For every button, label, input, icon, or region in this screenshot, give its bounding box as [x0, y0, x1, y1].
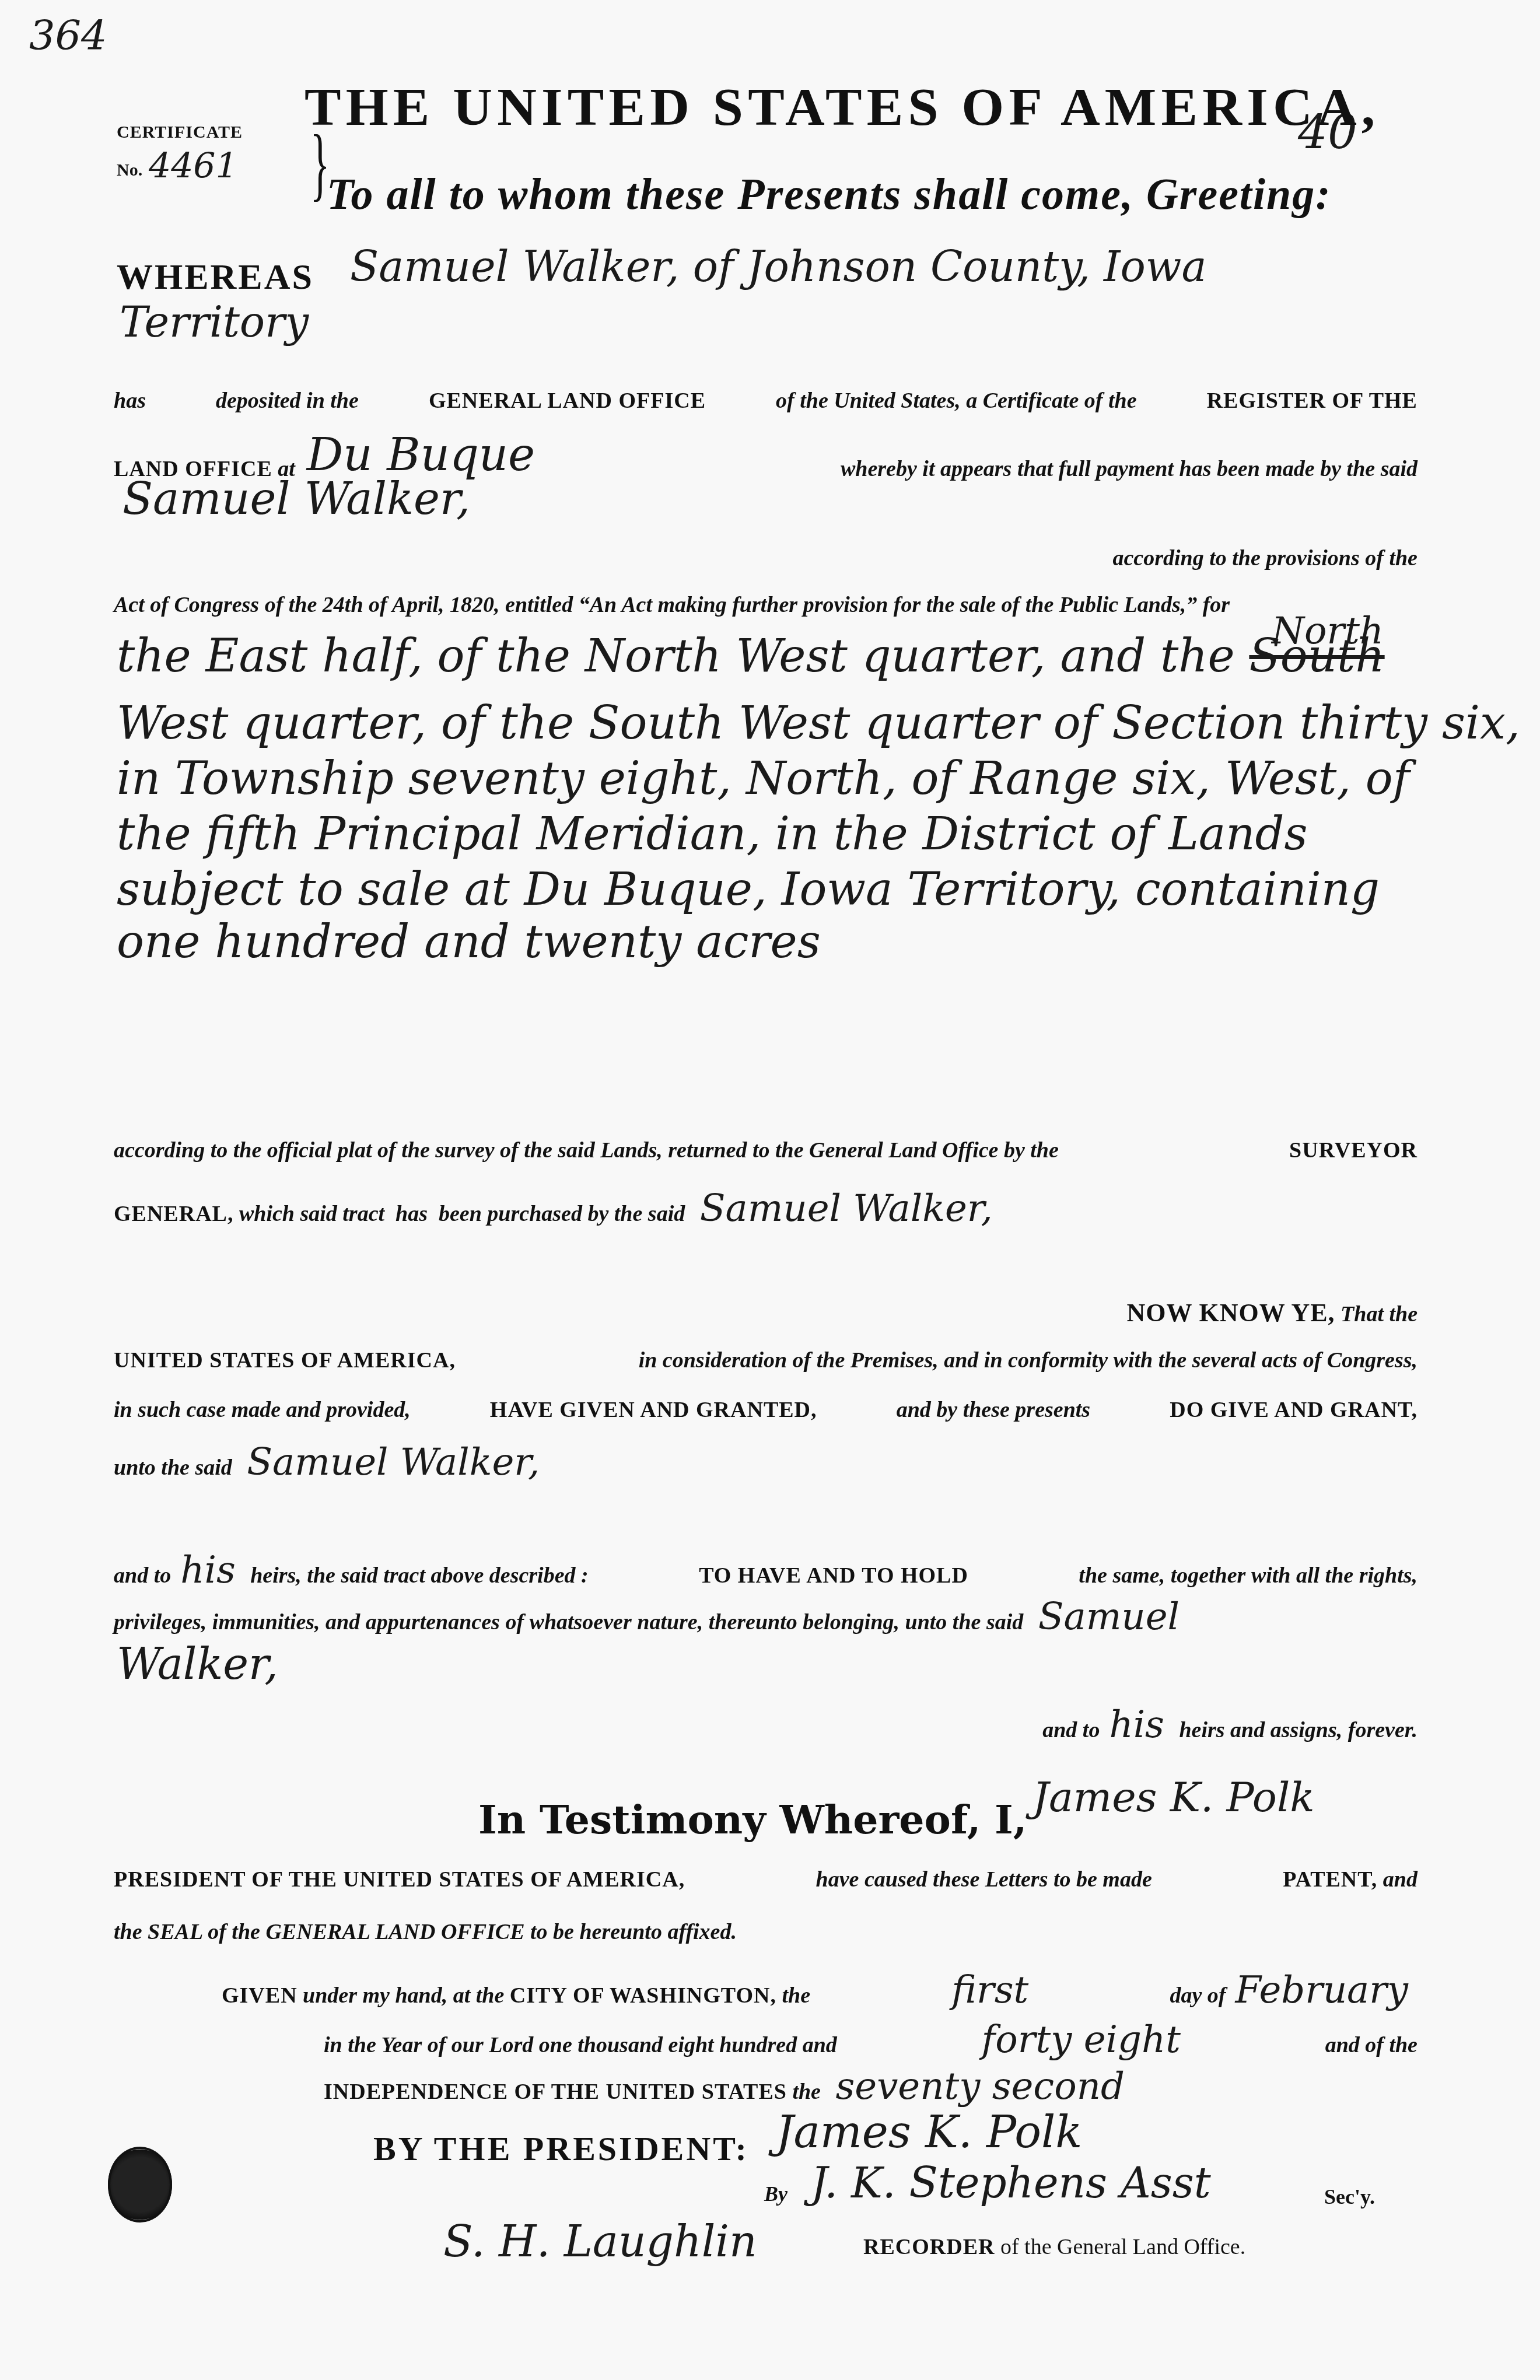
- year-value: forty eight: [982, 2018, 1181, 2061]
- page-number: 364: [29, 12, 107, 60]
- grantee-name-continued: Walker,: [117, 1639, 278, 1689]
- privileges-text: privileges, immunities, and appurtenance…: [114, 1610, 1023, 1634]
- has-text: has: [395, 1202, 428, 1226]
- certificate-label: CERTIFICATE: [117, 123, 243, 142]
- act-citation: Act of Congress of the 24th of April, 18…: [114, 592, 1417, 618]
- independence-text: INDEPENDENCE OF THE UNITED STATES: [324, 2080, 787, 2104]
- pronoun: his: [180, 1549, 236, 1592]
- payment-text: whereby it appears that full payment has…: [841, 456, 1417, 482]
- caused-text: have caused these Letters to be made: [816, 1867, 1152, 1892]
- land-description-line: one hundred and twenty acres: [117, 916, 821, 968]
- seal-icon: [108, 2147, 172, 2222]
- recorder-text: of the General Land Office.: [1000, 2235, 1245, 2259]
- land-description-line: the fifth Principal Meridian, in the Dis…: [117, 808, 1308, 860]
- now-know-line: NOW KNOW YE, That the: [1126, 1298, 1417, 1328]
- grantee-residence: Territory: [120, 297, 309, 346]
- greeting: To all to whom these Presents shall come…: [327, 169, 1332, 220]
- survey-line: according to the official plat of the su…: [114, 1137, 1417, 1163]
- assigns-text: heirs and assigns, forever.: [1179, 1718, 1417, 1742]
- seal-line: the SEAL of the GENERAL LAND OFFICE to b…: [114, 1919, 1417, 1945]
- deposit-line: has deposited in the GENERAL LAND OFFICE…: [114, 388, 1417, 414]
- and-of-the-text: and of the: [1325, 2032, 1417, 2058]
- according-text: according to the provisions of the: [1112, 545, 1417, 571]
- secretary-signature: J. K. Stephens Asst: [811, 2158, 1211, 2207]
- land-description-line: in Township seventy eight, North, of Ran…: [117, 752, 1410, 805]
- secretary-label: Sec'y.: [1324, 2185, 1375, 2209]
- unto-text: unto the said: [114, 1455, 232, 1480]
- now-know-text: NOW KNOW YE,: [1126, 1298, 1335, 1327]
- surveyor-text: SURVEYOR: [1289, 1137, 1417, 1163]
- glo-text: GENERAL LAND OFFICE: [429, 388, 706, 414]
- whereas-label: WHEREAS: [117, 257, 314, 298]
- recorder-signature: S. H. Laughlin: [443, 2217, 757, 2267]
- by-label: By: [764, 2182, 787, 2206]
- that-the-text: That the: [1340, 1302, 1417, 1326]
- testimony-heading: In Testimony Whereof, I,: [478, 1797, 1027, 1843]
- grantee-name: Samuel Walker, of Johnson County, Iowa: [350, 242, 1206, 291]
- year-text: in the Year of our Lord one thousand eig…: [324, 2032, 837, 2058]
- consideration-text: in consideration of the Premises, and in…: [639, 1347, 1417, 1373]
- president-title: PRESIDENT OF THE UNITED STATES OF AMERIC…: [114, 1867, 685, 1892]
- independence-line: INDEPENDENCE OF THE UNITED STATES the se…: [324, 2065, 1134, 2108]
- heirs-text: heirs, the said tract above described :: [250, 1563, 588, 1588]
- purchased-text: been purchased by the said: [439, 1202, 685, 1226]
- certificate-number-label: No.: [117, 160, 142, 180]
- land-description-line: West quarter, of the South West quarter …: [117, 697, 1520, 750]
- certificate-number: 4461: [149, 146, 238, 187]
- deposited-text: deposited in the: [216, 388, 359, 414]
- the-text: the: [792, 2080, 821, 2104]
- do-give-text: DO GIVE AND GRANT,: [1170, 1397, 1417, 1423]
- recorder-label: RECORDER: [863, 2235, 995, 2259]
- to-have-text: TO HAVE AND TO HOLD: [699, 1563, 968, 1588]
- the-text: the: [782, 1983, 810, 2008]
- has-text: has: [114, 388, 146, 414]
- privileges-line: privileges, immunities, and appurtenance…: [114, 1595, 1417, 1639]
- deposit-text-2: of the United States, a Certificate of t…: [776, 388, 1137, 414]
- such-case-text: in such case made and provided,: [114, 1397, 411, 1423]
- pronoun: his: [1109, 1703, 1164, 1746]
- land-description-line: subject to sale at Du Buque, Iowa Territ…: [117, 863, 1380, 916]
- and-text: and: [1383, 1867, 1417, 1892]
- consideration-line: UNITED STATES OF AMERICA, in considerati…: [114, 1347, 1417, 1373]
- general-text: GENERAL,: [114, 1202, 233, 1226]
- president-signature: James K. Polk: [776, 2106, 1082, 2158]
- given-line: GIVEN under my hand, at the CITY OF WASH…: [222, 1969, 1417, 2012]
- recorder-line: RECORDER of the General Land Office.: [863, 2234, 1245, 2260]
- habendum-line: and tohis heirs, the said tract above de…: [114, 1549, 1417, 1592]
- patent-text: PATENT,: [1283, 1867, 1377, 1892]
- independence-year-value: seventy second: [835, 2065, 1124, 2108]
- given-text: GIVEN: [222, 1983, 297, 2008]
- and-to-text: and to: [114, 1563, 171, 1588]
- rights-text: the same, together with all the rights,: [1079, 1563, 1417, 1588]
- land-description-line: the East half, of the North West quarter…: [117, 630, 1385, 682]
- register-text: REGISTER OF THE: [1207, 388, 1417, 414]
- plat-text: according to the official plat of the su…: [114, 1137, 1059, 1163]
- grantee-name: Samuel Walker,: [247, 1441, 540, 1484]
- usa-text: UNITED STATES OF AMERICA,: [114, 1347, 456, 1373]
- assigns-line: and tohis heirs and assigns, forever.: [1042, 1703, 1417, 1746]
- purchaser-name: Samuel Walker,: [123, 473, 470, 524]
- president-line: PRESIDENT OF THE UNITED STATES OF AMERIC…: [114, 1867, 1417, 1892]
- granting-line: in such case made and provided, HAVE GIV…: [114, 1397, 1417, 1423]
- grantee-name: Samuel: [1038, 1595, 1179, 1639]
- purchase-line: GENERAL, which said tract has been purch…: [114, 1187, 1417, 1230]
- unto-line: unto the said Samuel Walker,: [114, 1441, 1417, 1484]
- interlined-correction: North: [1272, 610, 1384, 653]
- day-value: first: [951, 1969, 1028, 2012]
- by-the-president-label: BY THE PRESIDENT:: [373, 2129, 749, 2168]
- month-value: February: [1235, 1969, 1408, 2012]
- by-these-text: and by these presents: [897, 1397, 1091, 1423]
- president-name: James K. Polk: [1032, 1773, 1315, 1821]
- document-title: THE UNITED STATES OF AMERICA,: [304, 76, 1380, 138]
- year-line: in the Year of our Lord one thousand eig…: [324, 2018, 1417, 2061]
- have-given-text: HAVE GIVEN AND GRANTED,: [490, 1397, 817, 1423]
- purchaser-name: Samuel Walker,: [700, 1187, 993, 1230]
- and-to-text: and to: [1042, 1718, 1100, 1742]
- day-of-text: day of: [1170, 1983, 1226, 2008]
- which-text: which said tract: [239, 1202, 384, 1226]
- under-text: under my hand, at the: [303, 1983, 504, 2008]
- city-text: CITY OF WASHINGTON,: [510, 1983, 776, 2008]
